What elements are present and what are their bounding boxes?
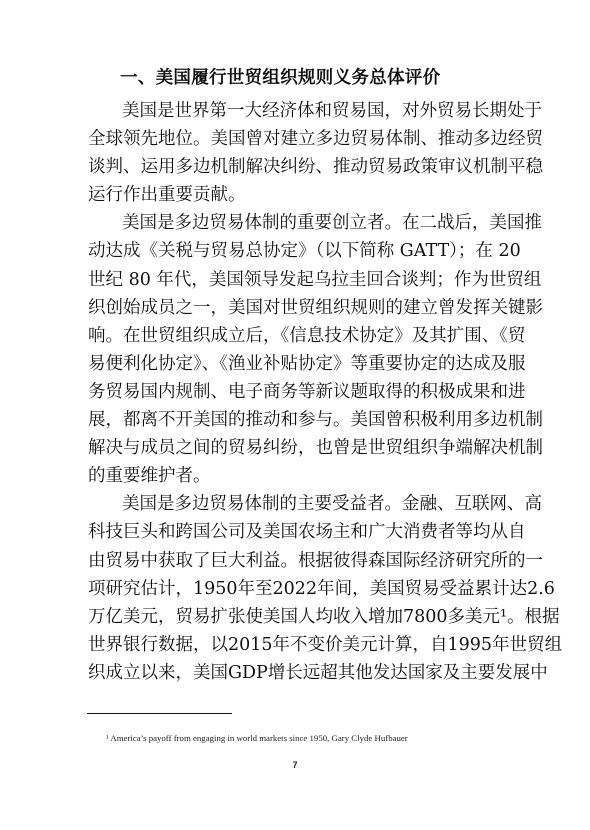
text-line: 美国是多边贸易体制的重要创立者。在二战后，美国推: [88, 209, 502, 237]
text-line: 谈判、运用多边机制解决纠纷、推动贸易政策审议机制平稳: [88, 153, 502, 181]
text-line: 动达成《关税与贸易总协定》（以下简称 GATT）；在 20: [88, 237, 502, 265]
text-line: 展，都离不开美国的推动和参与。美国曾积极利用多边机制: [88, 406, 502, 434]
text-line: 响。在世贸组织成立后，《信息技术协定》及其扩围、《贸: [88, 322, 502, 350]
text-line: 项研究估计，1950年至2022年间，美国贸易受益累计达2.6: [88, 575, 502, 603]
section-heading: 一、美国履行世贸组织规则义务总体评价: [120, 64, 440, 89]
footnote-divider: [87, 713, 232, 714]
text-line: 世纪 80 年代，美国领导发起乌拉圭回合谈判；作为世贸组: [88, 266, 502, 294]
text-line: 美国是世界第一大经济体和贸易国，对外贸易长期处于: [88, 97, 502, 125]
footnote: ¹ America’s payoff from engaging in worl…: [106, 733, 408, 743]
text-line: 织创始成员之一，美国对世贸组织规则的建立曾发挥关键影: [88, 294, 502, 322]
text-line: 的重要维护者。: [88, 462, 502, 490]
text-line: 运行作出重要贡献。: [88, 181, 502, 209]
text-line: 万亿美元，贸易扩张使美国人均收入增加7800多美元¹。根据: [88, 603, 502, 631]
text-line: 解决与成员之间的贸易纠纷，也曾是世贸组织争端解决机制: [88, 434, 502, 462]
text-line: 由贸易中获取了巨大利益。根据彼得森国际经济研究所的一: [88, 547, 502, 575]
text-line: 科技巨头和跨国公司及美国农场主和广大消费者等均从自: [88, 518, 502, 546]
text-line: 美国是多边贸易体制的主要受益者。金融、互联网、高: [88, 490, 502, 518]
text-line: 世界银行数据，以2015年不变价美元计算，自1995年世贸组: [88, 631, 502, 659]
page-number: 7: [0, 760, 590, 770]
document-page: 一、美国履行世贸组织规则义务总体评价 美国是世界第一大经济体和贸易国，对外贸易长…: [0, 0, 590, 830]
text-line: 织成立以来，美国GDP增长远超其他发达国家及主要发展中: [88, 659, 502, 687]
text-line: 易便利化协定》、《渔业补贴协定》等重要协定的达成及服: [88, 350, 502, 378]
text-line: 务贸易国内规制、电子商务等新议题取得的积极成果和进: [88, 378, 502, 406]
text-line: 全球领先地位。美国曾对建立多边贸易体制、推动多边经贸: [88, 125, 502, 153]
body-text: 美国是世界第一大经济体和贸易国，对外贸易长期处于 全球领先地位。美国曾对建立多边…: [88, 97, 502, 687]
